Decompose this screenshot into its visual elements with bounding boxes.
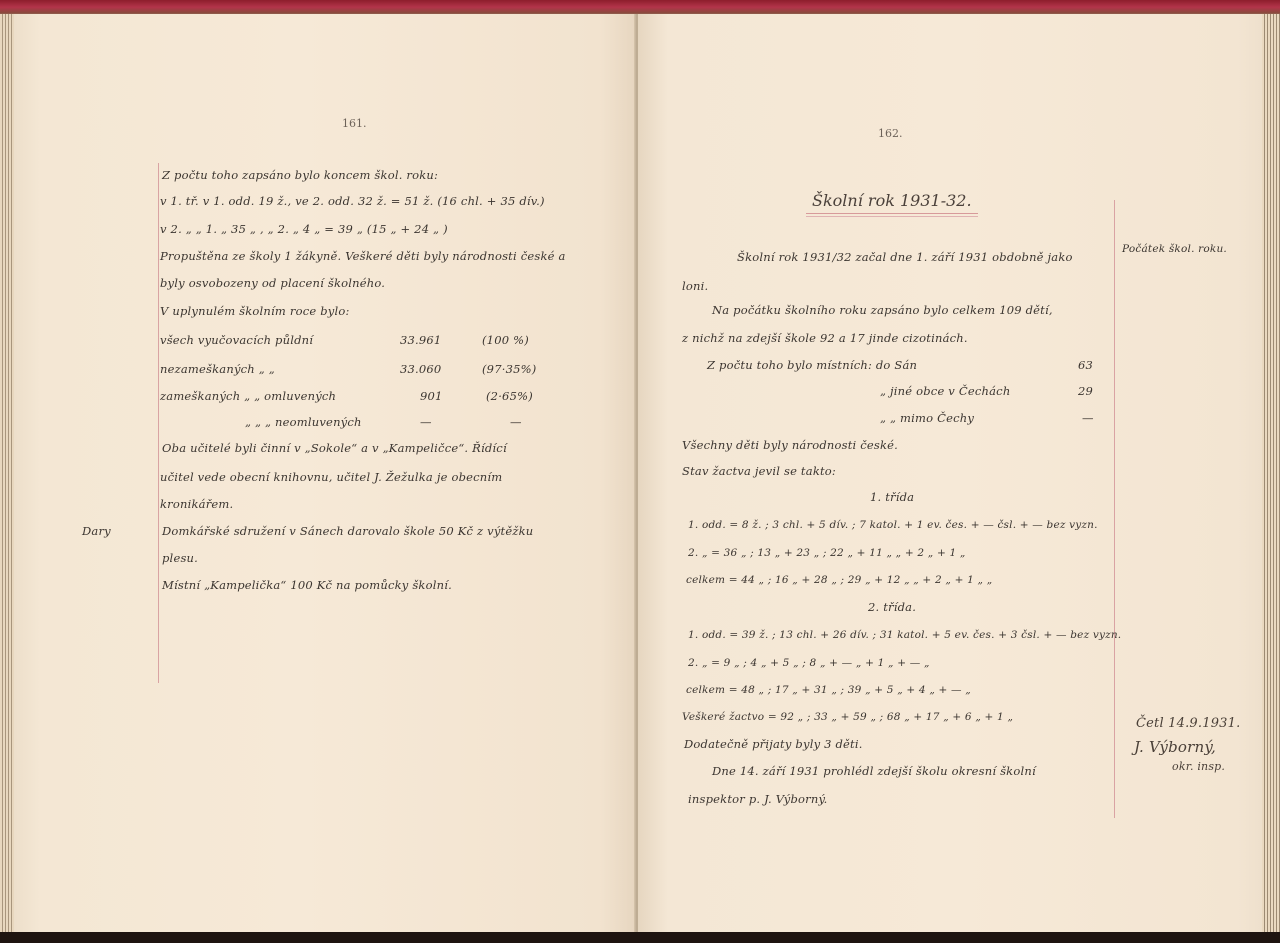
- intro-line-2: loni.: [682, 279, 708, 293]
- class-2-heading: 2. třída.: [868, 600, 916, 614]
- nationality-line: Všechny děti byly národnosti české.: [682, 438, 898, 452]
- attendance-row-value: 33.961: [400, 333, 441, 347]
- margin-note-school-year-start: Počátek škol. roku.: [1122, 243, 1227, 255]
- attendance-row-percent: —: [510, 415, 522, 429]
- class-1-row: 2. „ = 36 „ ; 13 „ + 23 „ ; 22 „ + 11 „ …: [688, 547, 966, 559]
- teachers-line-3: kronikářem.: [160, 497, 233, 511]
- left-line-4: Propuštěna ze školy 1 žákyně. Veškeré dě…: [160, 249, 566, 263]
- class-1-row: 1. odd. = 8 ž. ; 3 chl. + 5 dív. ; 7 kat…: [688, 519, 1098, 531]
- signature-title: okr. insp.: [1172, 760, 1225, 773]
- origin-label: „ jiné obce v Čechách: [880, 384, 1010, 398]
- attendance-row-value: 901: [420, 389, 443, 403]
- left-margin-rule: [158, 163, 159, 683]
- closing-line-3: inspektor p. J. Výborný.: [688, 792, 827, 806]
- attendance-row-value: 33.060: [400, 362, 441, 376]
- right-page-number: 162.: [878, 127, 903, 140]
- teachers-line-1: Oba učitelé byli činní v „Sokole“ a v „K…: [162, 441, 507, 455]
- signature-name: J. Výborný,: [1134, 738, 1216, 756]
- closing-line-2: Dne 14. září 1931 prohlédl zdejší školu …: [712, 764, 1036, 778]
- origin-value: 63: [1078, 358, 1093, 372]
- teachers-line-2: učitel vede obecní knihovnu, učitel J. Ž…: [160, 470, 502, 484]
- section-title: Školní rok 1931-32.: [806, 191, 978, 214]
- gifts-line-2: plesu.: [162, 551, 198, 565]
- attendance-row-label: nezameškaných „ „: [160, 362, 275, 376]
- class-2-row: celkem = 48 „ ; 17 „ + 31 „ ; 39 „ + 5 „…: [686, 684, 971, 696]
- attendance-row-label: všech vyučovacích půldní: [160, 333, 313, 347]
- origin-value: —: [1082, 411, 1094, 425]
- gifts-line-3: Místní „Kampelička“ 100 Kč na pomůcky šk…: [162, 578, 452, 592]
- right-page-stack-edge: [1262, 14, 1280, 932]
- intro-line-4: z nichž na zdejší škole 92 a 17 jinde ci…: [682, 331, 968, 345]
- attendance-row-percent: (2·65%): [486, 389, 533, 403]
- left-line-1: Z počtu toho zapsáno bylo koncem škol. r…: [162, 168, 438, 182]
- attendance-row-label: zameškaných „ „ omluvených: [160, 389, 336, 403]
- class-2-row: 2. „ = 9 „ ; 4 „ + 5 „ ; 8 „ + — „ + 1 „…: [688, 657, 930, 669]
- attendance-row-value: —: [420, 415, 432, 429]
- origin-label: „ „ mimo Čechy: [880, 411, 974, 425]
- closing-line-1: Dodatečně přijaty byly 3 děti.: [684, 737, 863, 751]
- attendance-row-percent: (100 %): [482, 333, 529, 347]
- right-margin-rule: [1114, 200, 1115, 818]
- left-line-5: byly osvobozeny od placení školného.: [160, 276, 385, 290]
- intro-line-1: Školní rok 1931/32 začal dne 1. září 193…: [737, 250, 1073, 264]
- signature-date: Četl 14.9.1931.: [1136, 716, 1240, 731]
- gifts-line-1: Domkářské sdružení v Sánech darovalo ško…: [162, 524, 533, 538]
- left-page-number: 161.: [342, 117, 367, 130]
- attendance-row-label: „ „ „ neomluvených: [245, 415, 362, 429]
- origin-label: Z počtu toho bylo místních: do Sán: [707, 358, 917, 372]
- class-1-row: celkem = 44 „ ; 16 „ + 28 „ ; 29 „ + 12 …: [686, 574, 992, 586]
- class-2-row: 1. odd. = 39 ž. ; 13 chl. + 26 dív. ; 31…: [688, 629, 1121, 641]
- left-line-6: V uplynulém školním roce bylo:: [160, 304, 350, 318]
- left-line-2: v 1. tř. v 1. odd. 19 ž., ve 2. odd. 32 …: [160, 194, 545, 208]
- class-1-heading: 1. třída: [870, 490, 914, 504]
- left-line-3: v 2. „ „ 1. „ 35 „ , „ 2. „ 4 „ = 39 „ (…: [160, 222, 448, 236]
- attendance-row-percent: (97·35%): [482, 362, 536, 376]
- composition-line: Stav žactva jevil se takto:: [682, 464, 836, 478]
- origin-value: 29: [1078, 384, 1093, 398]
- margin-label-gifts: Dary: [82, 524, 111, 538]
- class-2-row: Veškeré žactvo = 92 „ ; 33 „ + 59 „ ; 68…: [682, 711, 1013, 723]
- left-page-stack-edge: [0, 14, 14, 932]
- intro-line-3: Na počátku školního roku zapsáno bylo ce…: [712, 303, 1053, 317]
